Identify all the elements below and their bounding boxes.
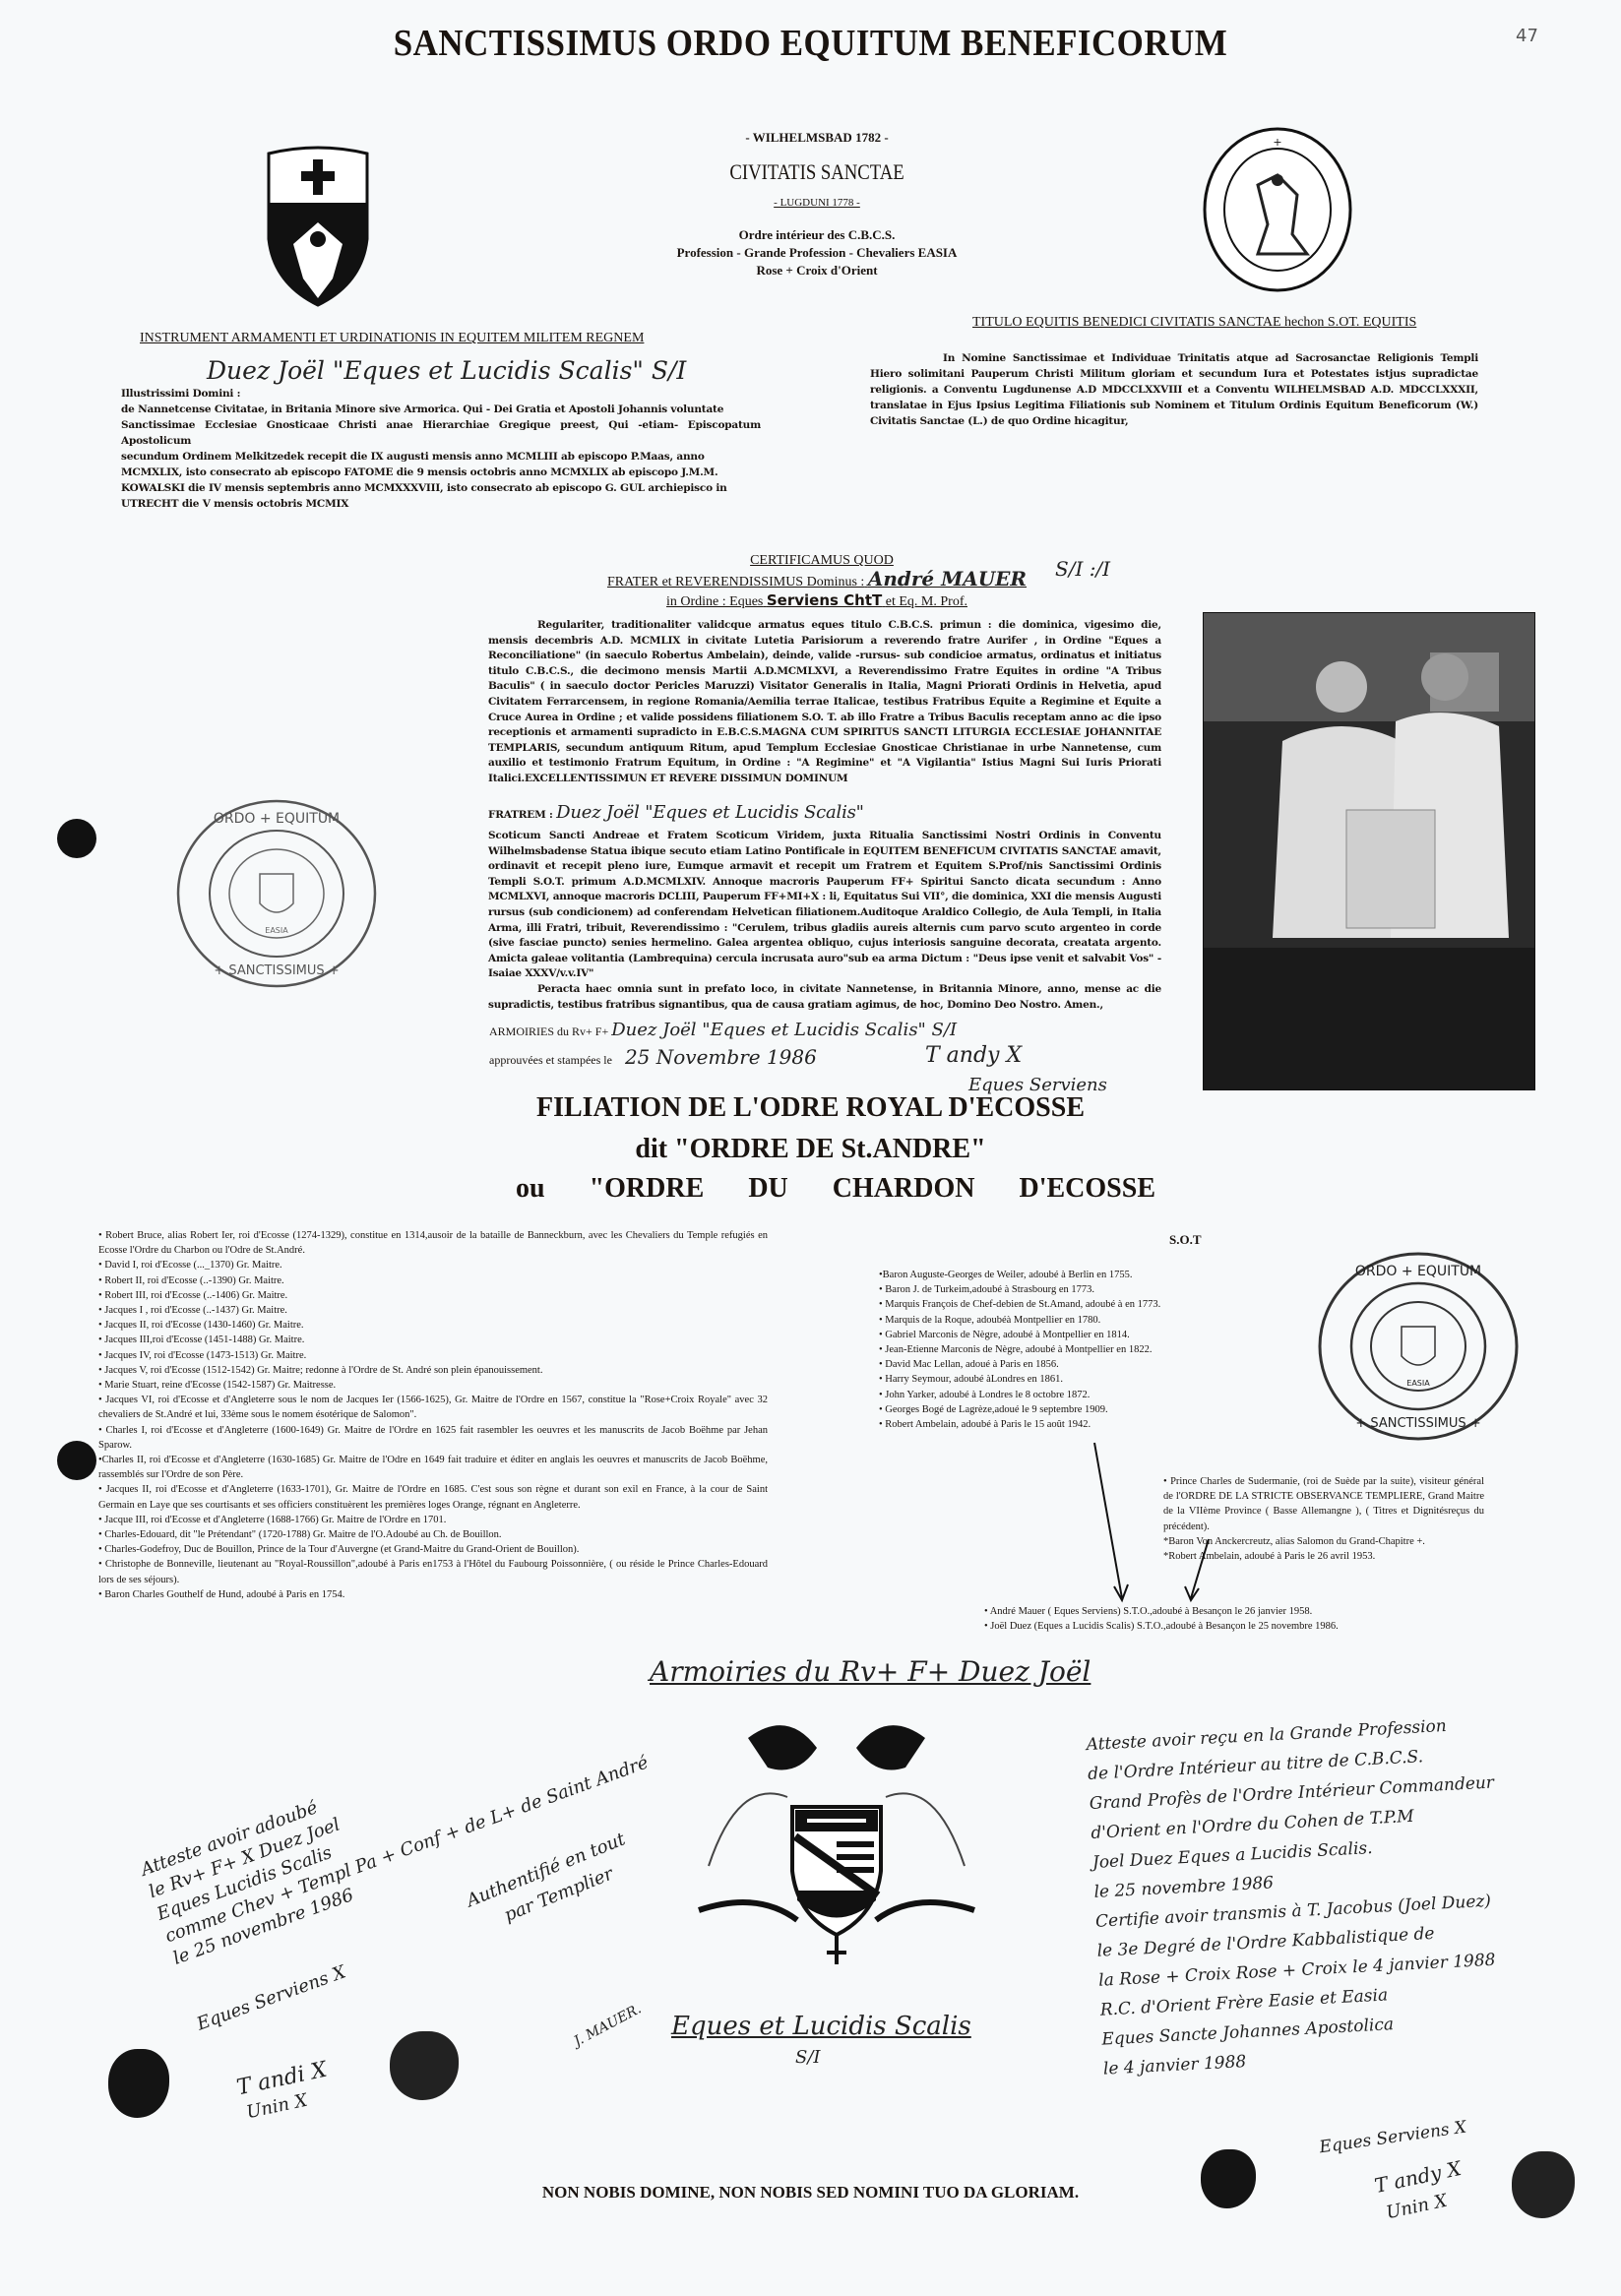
list-item: • Marie Stuart, reine d'Ecosse (1542-158… bbox=[98, 1378, 768, 1393]
wax-seal-icon bbox=[108, 2049, 169, 2118]
hole-punch-icon bbox=[57, 819, 96, 858]
ordre-line: Rose + Croix d'Orient bbox=[581, 262, 1053, 279]
list-item: •Charles II, roi d'Ecosse et d'Angleterr… bbox=[98, 1453, 768, 1482]
list-item: • Jacques IV, roi d'Ecosse (1473-1513) G… bbox=[98, 1348, 768, 1363]
instrument-line: Sanctissimae Ecclesiae Gnosticaae Christ… bbox=[121, 417, 761, 449]
left-attestation-handwriting: Atteste avoir adoubé le Rv+ F+ X Duez Jo… bbox=[138, 1685, 659, 1971]
list-item: • David Mac Lellan, adoué à Paris en 185… bbox=[879, 1357, 1351, 1372]
templar-seal-icon: + bbox=[1199, 126, 1356, 298]
titulo-body: In Nomine Sanctissimae et Individuae Tri… bbox=[870, 350, 1478, 429]
svg-text:+ SANCTISSIMUS +: + SANCTISSIMUS + bbox=[1355, 1416, 1480, 1431]
right-role-handwriting: Eques Serviens X bbox=[1318, 2118, 1467, 2158]
document-title: SANCTISSIMUS ORDO EQUITUM BENEFICORUM bbox=[65, 22, 1556, 65]
list-item: • Jacque III, roi d'Ecosse et d'Angleter… bbox=[98, 1513, 768, 1527]
sot-final-list: • André Mauer ( Eques Serviens) S.T.O.,a… bbox=[984, 1604, 1516, 1634]
instrument-heading: INSTRUMENT ARMAMENTI ET URDINATIONIS IN … bbox=[140, 331, 644, 346]
fratrem-name: Duez Joël "Eques et Lucidis Scalis" bbox=[556, 802, 864, 823]
coat-of-arms-icon bbox=[679, 1699, 994, 1979]
list-item: • Joël Duez (Eques a Lucidis Scalis) S.T… bbox=[984, 1619, 1516, 1634]
armoiries-heading: Armoiries du Rv+ F+ Duez Joël bbox=[650, 1655, 1091, 1688]
mauer-signature: J. MAUER. bbox=[572, 2001, 645, 2049]
instrument-line: KOWALSKI die IV mensis septembris anno M… bbox=[121, 480, 761, 496]
filiation-word: DU bbox=[748, 1173, 787, 1205]
list-item: • Robert III, roi d'Ecosse (..-1406) Gr.… bbox=[98, 1288, 768, 1303]
list-item: • David I, roi d'Ecosse (..._1370) Gr. M… bbox=[98, 1258, 768, 1272]
certificamus-header: CERTIFICAMUS QUOD FRATER et REVERENDISSI… bbox=[591, 551, 1102, 611]
ordine-end: et Eq. M. Prof. bbox=[886, 594, 967, 609]
svg-text:+: + bbox=[1273, 136, 1281, 149]
list-item: • Gabriel Marconis de Nègre, adoubé à Mo… bbox=[879, 1328, 1351, 1342]
instrument-body: Illustrissimi Domini : de Nannetcense Ci… bbox=[121, 386, 761, 512]
lugduni-label: - LUGDUNI 1778 - bbox=[581, 197, 1053, 209]
list-item: • John Yarker, adoubé à Londres le 8 oct… bbox=[879, 1388, 1351, 1402]
armoiries-fraction: S/I bbox=[795, 2047, 821, 2068]
instrument-line: MCMXLIX, isto consecrato ab episcopo FAT… bbox=[121, 465, 761, 480]
svg-text:ORDO + EQUITUM: ORDO + EQUITUM bbox=[214, 811, 340, 827]
armoiries-label: ARMOIRIES du Rv+ F+ bbox=[489, 1024, 608, 1038]
frater-name: André MAUER bbox=[868, 567, 1027, 590]
sot-heading: S.O.T bbox=[1169, 1232, 1202, 1248]
certificamus-body: Regulariter, traditionaliter validcque a… bbox=[488, 618, 1161, 787]
approuvees-date: 25 Novembre 1986 bbox=[625, 1045, 817, 1069]
svg-text:EASIA: EASIA bbox=[265, 926, 288, 935]
armoiries-motto: Eques et Lucidis Scalis bbox=[671, 2012, 971, 2041]
right-attestation-handwriting: Atteste avoir reçu en la Grande Professi… bbox=[1086, 1703, 1621, 2083]
instrument-line: secundum Ordinem Melkitzedek recepit die… bbox=[121, 449, 761, 465]
page-number: 47 bbox=[1516, 26, 1538, 46]
list-item: • Charles-Edouard, dit "le Prétendant" (… bbox=[98, 1527, 768, 1542]
list-item: • Jacques II, roi d'Ecosse (1430-1460) G… bbox=[98, 1318, 768, 1333]
order-stamp-icon: ORDO + EQUITUM + SANCTISSIMUS + EASIA bbox=[173, 795, 380, 997]
certificamus-fraction: S/I :/I bbox=[1055, 557, 1110, 581]
armoiries-line: ARMOIRIES du Rv+ F+ Duez Joël "Eques et … bbox=[489, 1020, 957, 1040]
list-item: • Harry Seymour, adoubé àLondres en 1861… bbox=[879, 1372, 1351, 1387]
photograph-two-men-certificate bbox=[1203, 612, 1535, 1090]
sot-lineage-list: •Baron Auguste-Georges de Weiler, adoubé… bbox=[879, 1268, 1351, 1432]
ordre-line: Ordre intérieur des C.B.C.S. bbox=[581, 226, 1053, 244]
approuvees-label: approuvées et stampées le bbox=[489, 1053, 612, 1067]
filiation-word: ou bbox=[516, 1173, 545, 1205]
list-item: • Charles I, roi d'Ecosse et d'Angleterr… bbox=[98, 1423, 768, 1453]
list-item: • Jacques V, roi d'Ecosse (1512-1542) Gr… bbox=[98, 1363, 768, 1378]
fratrem-label: FRATREM : bbox=[488, 809, 553, 821]
list-item: • Baron J. de Turkeim,adoubé à Strasbour… bbox=[879, 1282, 1351, 1297]
header-center-block: - WILHELMSBAD 1782 - CIVITATIS SANCTAE -… bbox=[581, 130, 1053, 279]
approuvees-line: approuvées et stampées le 25 Novembre 19… bbox=[489, 1045, 817, 1069]
footer-motto: NON NOBIS DOMINE, NON NOBIS SED NOMINI T… bbox=[0, 2183, 1621, 2203]
list-item: • Robert Bruce, alias Robert Ier, roi d'… bbox=[98, 1228, 768, 1258]
instrument-line: UTRECHT die V mensis octobris MCMIX bbox=[121, 496, 761, 512]
filiation-heading-2: dit "ORDRE DE St.ANDRE" bbox=[0, 1134, 1621, 1165]
list-item: • Jacques VI, roi d'Ecosse et d'Angleter… bbox=[98, 1393, 768, 1422]
svg-text:+ SANCTISSIMUS +: + SANCTISSIMUS + bbox=[214, 963, 339, 978]
list-item: • Marquis François de Chef-debien de St.… bbox=[879, 1297, 1351, 1312]
list-item: • Marquis de la Roque, adoubéà Montpelli… bbox=[879, 1313, 1351, 1328]
ordine-grade: Serviens ChtT bbox=[767, 591, 882, 609]
fratrem-line: FRATREM : Duez Joël "Eques et Lucidis Sc… bbox=[488, 805, 1161, 823]
list-item: • Robert Ambelain, adoubé à Paris le 15 … bbox=[879, 1417, 1351, 1432]
instrument-line: de Nannetcense Civitatae, in Britania Mi… bbox=[121, 402, 761, 417]
list-item: • Georges Bogé de Lagrèze,adoué le 9 sep… bbox=[879, 1402, 1351, 1417]
svg-text:ORDO + EQUITUM: ORDO + EQUITUM bbox=[1355, 1264, 1481, 1279]
wilhelmsbad-label: - WILHELMSBAD 1782 - bbox=[581, 130, 1053, 146]
arrow-icon bbox=[1092, 1441, 1220, 1623]
frater-label: FRATER et REVERENDISSIMUS Dominus : bbox=[607, 575, 864, 590]
list-item: • Baron Charles Gouthelf de Hund, adoubé… bbox=[98, 1587, 768, 1602]
ordine-label: in Ordine : Eques bbox=[666, 594, 763, 609]
filiation-word: CHARDON bbox=[833, 1173, 975, 1205]
certificamus-body2: Scoticum Sancti Andreae et Fratem Scotic… bbox=[488, 829, 1161, 982]
list-item: • André Mauer ( Eques Serviens) S.T.O.,a… bbox=[984, 1604, 1516, 1619]
left-role-handwriting: Eques Serviens X bbox=[194, 1961, 348, 2034]
certificamus-body3: Peracta haec omnia sunt in prefato loco,… bbox=[488, 982, 1161, 1013]
scotland-lineage-list: • Robert Bruce, alias Robert Ier, roi d'… bbox=[98, 1228, 768, 1602]
list-item: • Christophe de Bonneville, lieutenant a… bbox=[98, 1557, 768, 1586]
filiation-heading-3: ou "ORDRE DU CHARDON D'ECOSSE bbox=[516, 1173, 1155, 1205]
tandy-signature: T andy X bbox=[925, 1043, 1022, 1068]
handwritten-name: Duez Joël "Eques et Lucidis Scalis" S/I bbox=[207, 356, 686, 385]
ordre-line: Profession - Grande Profession - Chevali… bbox=[581, 244, 1053, 262]
list-item: • Charles-Godefroy, Duc de Bouillon, Pri… bbox=[98, 1542, 768, 1557]
list-item: • Jacques III,roi d'Ecosse (1451-1488) G… bbox=[98, 1333, 768, 1347]
list-item: • Robert II, roi d'Ecosse (..-1390) Gr. … bbox=[98, 1273, 768, 1288]
filiation-word: D'ECOSSE bbox=[1020, 1173, 1156, 1205]
list-item: • Jean-Etienne Marconis de Nègre, adoubé… bbox=[879, 1342, 1351, 1357]
hole-punch-icon bbox=[57, 1441, 96, 1480]
svg-text:EASIA: EASIA bbox=[1406, 1379, 1430, 1388]
armoiries-name: Duez Joël "Eques et Lucidis Scalis" S/I bbox=[611, 1020, 957, 1040]
pelican-shield-icon bbox=[264, 146, 372, 313]
titulo-heading: TITULO EQUITIS BENEDICI CIVITATIS SANCTA… bbox=[972, 315, 1416, 331]
filiation-heading-1: FILIATION DE L'ODRE ROYAL D'ECOSSE bbox=[0, 1092, 1621, 1124]
list-item: • Jacques II, roi d'Ecosse et d'Angleter… bbox=[98, 1482, 768, 1512]
filiation-word: "ORDRE bbox=[590, 1173, 705, 1205]
list-item: • Jacques I , roi d'Ecosse (..-1437) Gr.… bbox=[98, 1303, 768, 1318]
instrument-lead: Illustrissimi Domini : bbox=[121, 388, 240, 400]
wax-seal-icon bbox=[390, 2031, 459, 2100]
civitatis-label: CIVITATIS SANCTAE bbox=[616, 159, 1018, 185]
list-item: •Baron Auguste-Georges de Weiler, adoubé… bbox=[879, 1268, 1351, 1282]
